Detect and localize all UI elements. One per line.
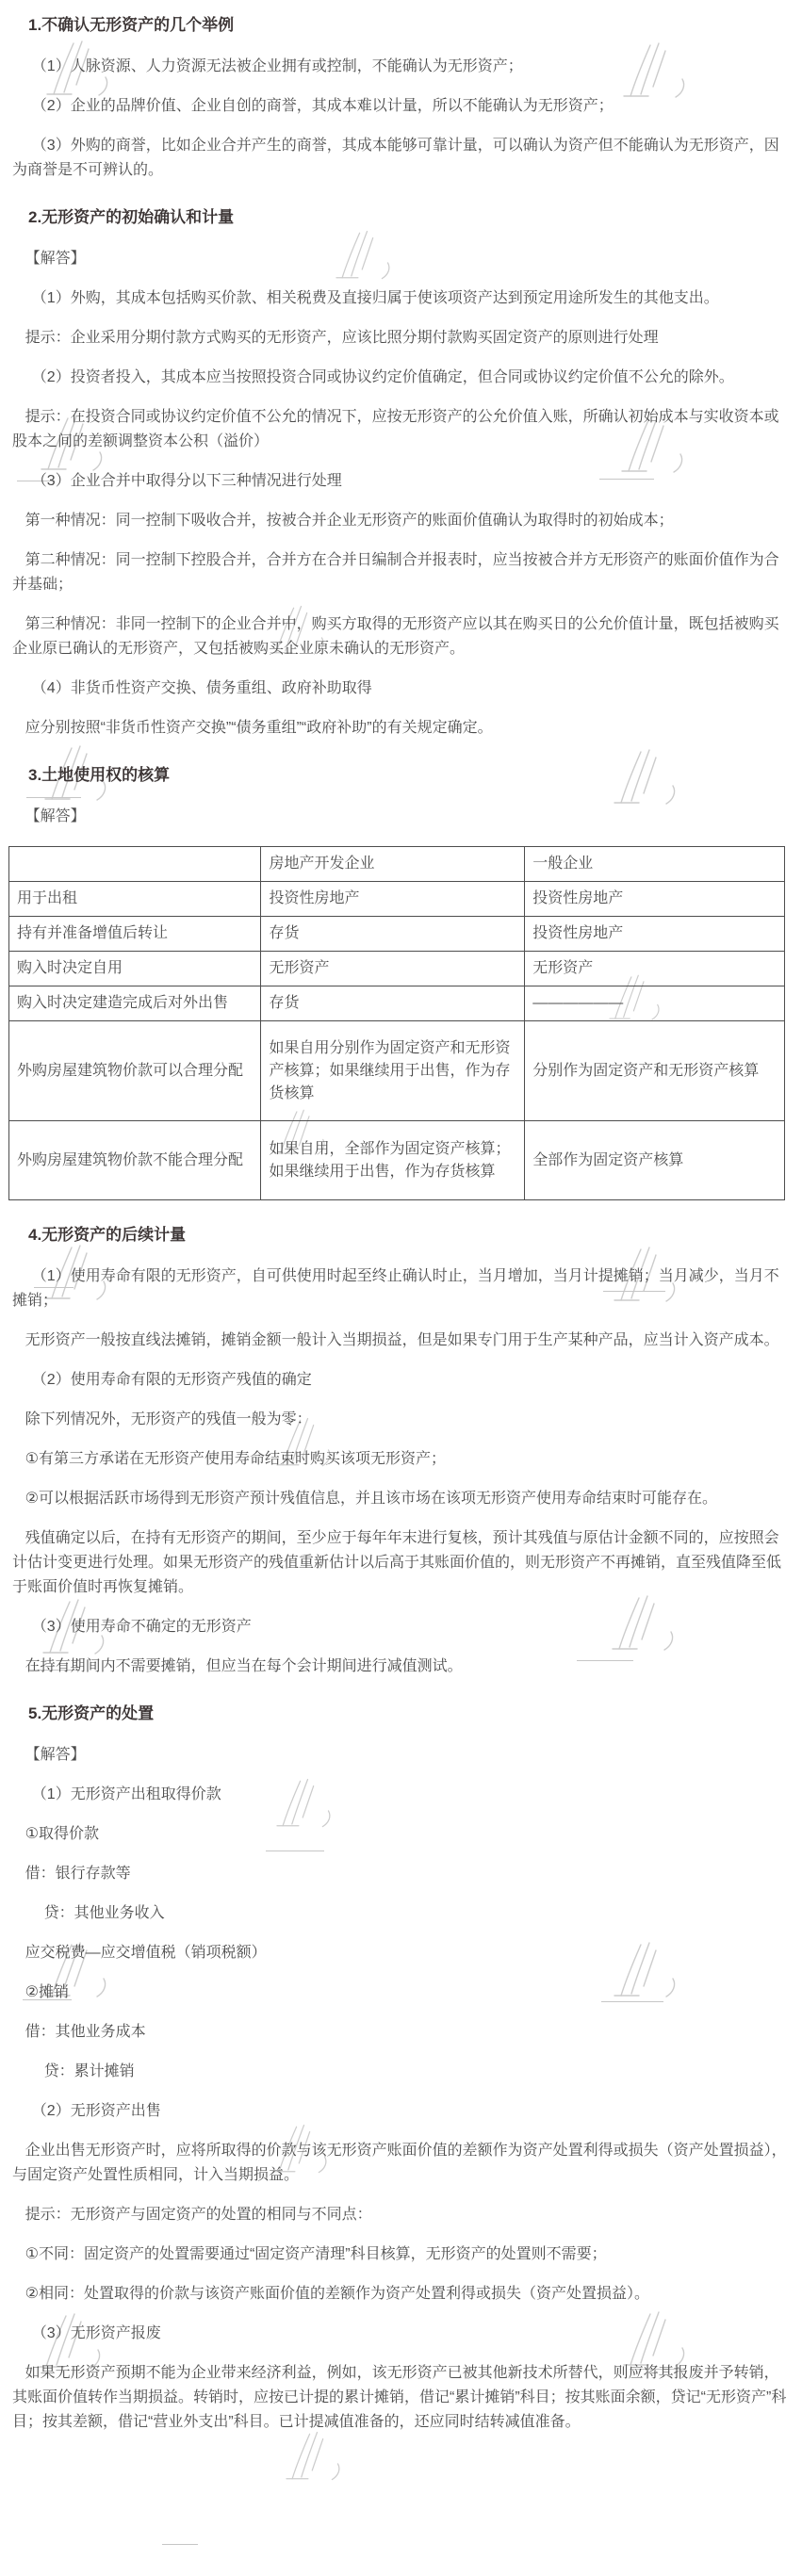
- section-heading: 5.无形资产的处置: [28, 1702, 789, 1726]
- table-cell: ——————: [525, 986, 785, 1021]
- paragraph: 第二种情况：同一控制下控股合并，合并方在合并日编制合并报表时，应当按被合并方无形…: [12, 548, 789, 597]
- table-cell: 如果自用分别作为固定资产和无形资产核算；如果继续用于出售，作为存货核算: [261, 1021, 525, 1121]
- journal-line: 应交税费—应交增值税（销项税额）: [12, 1941, 789, 1965]
- section-nonrecognition-examples: 1.不确认无形资产的几个举例 （1）人脉资源、人力资源无法被企业拥有或控制，不能…: [12, 13, 789, 183]
- pen-underline-mark: [162, 2544, 198, 2545]
- answer-label: 【解答】: [12, 247, 789, 271]
- paragraph: （1）使用寿命有限的无形资产，自可供使用时起至终止确认时止，当月增加，当月计提摊…: [12, 1264, 789, 1313]
- paragraph: （3）无形资产报废: [12, 2322, 789, 2346]
- table-cell: 外购房屋建筑物价款不能合理分配: [9, 1121, 261, 1200]
- tip-paragraph: 提示：企业采用分期付款方式购买的无形资产，应该比照分期付款购买固定资产的原则进行…: [12, 326, 789, 351]
- paragraph: 在持有期间内不需要摊销，但应当在每个会计期间进行减值测试。: [12, 1655, 789, 1679]
- paragraph: ②摊销: [12, 1981, 789, 2005]
- table-cell: 投资性房地产: [525, 917, 785, 952]
- paragraph: （1）无形资产出租取得价款: [12, 1783, 789, 1807]
- table-cell: 购入时决定建造完成后对外出售: [9, 986, 261, 1021]
- section-subsequent-measurement: 4.无形资产的后续计量 （1）使用寿命有限的无形资产，自可供使用时起至终止确认时…: [12, 1223, 789, 1679]
- tip-paragraph: 提示：在投资合同或协议约定价值不公允的情况下，应按无形资产的公允价值入账，所确认…: [12, 405, 789, 454]
- journal-credit-line: 贷：累计摊销: [12, 2060, 789, 2084]
- section-heading: 2.无形资产的初始确认和计量: [28, 205, 789, 230]
- land-use-rights-table: 房地产开发企业 一般企业 用于出租 投资性房地产 投资性房地产 持有并准备增值后…: [8, 846, 785, 1200]
- paragraph: （2）企业的品牌价值、企业自创的商誉，其成本难以计量，所以不能确认为无形资产；: [12, 94, 789, 119]
- table-cell: 如果自用，全部作为固定资产核算；如果继续用于出售，作为存货核算: [261, 1121, 525, 1200]
- section-disposal: 5.无形资产的处置 【解答】 （1）无形资产出租取得价款 ①取得价款 借：银行存…: [12, 1702, 789, 2435]
- paragraph: 无形资产一般按直线法摊销，摊销金额一般计入当期损益，但是如果专门用于生产某种产品…: [12, 1329, 789, 1353]
- paragraph: （2）使用寿命有限的无形资产残值的确定: [12, 1368, 789, 1393]
- table-cell: 无形资产: [261, 952, 525, 986]
- table-cell: 投资性房地产: [525, 882, 785, 917]
- paragraph: 第三种情况：非同一控制下的企业合并中，购买方取得的无形资产应以其在购买日的公允价…: [12, 612, 789, 661]
- paragraph: （3）外购的商誉，比如企业合并产生的商誉，其成本能够可靠计量，可以确认为资产但不…: [12, 134, 789, 183]
- paragraph: （1）人脉资源、人力资源无法被企业拥有或控制，不能确认为无形资产；: [12, 55, 789, 79]
- table-row: 外购房屋建筑物价款可以合理分配 如果自用分别作为固定资产和无形资产核算；如果继续…: [9, 1021, 785, 1121]
- paragraph: ②可以根据活跃市场得到无形资产预计残值信息，并且该市场在该项无形资产使用寿命结束…: [12, 1487, 789, 1511]
- tip-paragraph: 提示：无形资产与固定资产的处置的相同与不同点：: [12, 2203, 789, 2227]
- table-row: 外购房屋建筑物价款不能合理分配 如果自用，全部作为固定资产核算；如果继续用于出售…: [9, 1121, 785, 1200]
- table-cell: 存货: [261, 986, 525, 1021]
- table-cell: 购入时决定自用: [9, 952, 261, 986]
- table-header-cell: 房地产开发企业: [261, 847, 525, 882]
- section-heading: 1.不确认无形资产的几个举例: [28, 13, 789, 38]
- table-cell: 全部作为固定资产核算: [525, 1121, 785, 1200]
- paragraph: 残值确定以后，在持有无形资产的期间，至少应于每年年末进行复核，预计其残值与原估计…: [12, 1526, 789, 1600]
- table-row: 用于出租 投资性房地产 投资性房地产: [9, 882, 785, 917]
- journal-debit-line: 借：其他业务成本: [12, 2020, 789, 2045]
- section-heading: 4.无形资产的后续计量: [28, 1223, 789, 1247]
- table-row: 持有并准备增值后转让 存货 投资性房地产: [9, 917, 785, 952]
- table-cell: 存货: [261, 917, 525, 952]
- table-cell: 用于出租: [9, 882, 261, 917]
- table-header-row: 房地产开发企业 一般企业: [9, 847, 785, 882]
- paragraph: ①取得价款: [12, 1822, 789, 1847]
- document-body: 1.不确认无形资产的几个举例 （1）人脉资源、人力资源无法被企业拥有或控制，不能…: [0, 0, 802, 2506]
- paragraph: ②相同：处置取得的价款与该资产账面价值的差额作为资产处置利得或损失（资产处置损益…: [12, 2282, 789, 2307]
- table-header-cell: 一般企业: [525, 847, 785, 882]
- paragraph: 除下列情况外，无形资产的残值一般为零：: [12, 1408, 789, 1432]
- paragraph: （3）企业合并中取得分以下三种情况进行处理: [12, 469, 789, 494]
- paragraph: ①不同：固定资产的处置需要通过“固定资产清理”科目核算，无形资产的处置则不需要；: [12, 2242, 789, 2267]
- paragraph: 如果无形资产预期不能为企业带来经济利益，例如，该无形资产已被其他新技术所替代，则…: [12, 2361, 789, 2435]
- paragraph: 企业出售无形资产时，应将所取得的价款与该无形资产账面价值的差额作为资产处置利得或…: [12, 2139, 789, 2188]
- paragraph: 第一种情况：同一控制下吸收合并，按被合并企业无形资产的账面价值确认为取得时的初始…: [12, 509, 789, 533]
- table-cell: 投资性房地产: [261, 882, 525, 917]
- paragraph: （2）无形资产出售: [12, 2099, 789, 2124]
- paragraph: ①有第三方承诺在无形资产使用寿命结束时购买该项无形资产；: [12, 1447, 789, 1472]
- table-row: 购入时决定建造完成后对外出售 存货 ——————: [9, 986, 785, 1021]
- paragraph: （3）使用寿命不确定的无形资产: [12, 1615, 789, 1639]
- paragraph: 应分别按照“非货币性资产交换”“债务重组”“政府补助”的有关规定确定。: [12, 716, 789, 741]
- table-header-cell: [9, 847, 261, 882]
- section-land-use-rights: 3.土地使用权的核算 【解答】 房地产开发企业 一般企业 用于出租 投资性房地产…: [12, 763, 789, 1200]
- journal-debit-line: 借：银行存款等: [12, 1862, 789, 1886]
- table-cell: 分别作为固定资产和无形资产核算: [525, 1021, 785, 1121]
- section-heading: 3.土地使用权的核算: [28, 763, 789, 788]
- table-row: 购入时决定自用 无形资产 无形资产: [9, 952, 785, 986]
- table-cell: 持有并准备增值后转让: [9, 917, 261, 952]
- paragraph: （4）非货币性资产交换、债务重组、政府补助取得: [12, 677, 789, 701]
- section-initial-recognition-measurement: 2.无形资产的初始确认和计量 【解答】 （1）外购，其成本包括购买价款、相关税费…: [12, 205, 789, 741]
- table-cell: 外购房屋建筑物价款可以合理分配: [9, 1021, 261, 1121]
- paragraph: （1）外购，其成本包括购买价款、相关税费及直接归属于使该项资产达到预定用途所发生…: [12, 286, 789, 311]
- answer-label: 【解答】: [12, 1743, 789, 1768]
- paragraph: （2）投资者投入，其成本应当按照投资合同或协议约定价值确定，但合同或协议约定价值…: [12, 366, 789, 390]
- answer-label: 【解答】: [12, 805, 789, 829]
- journal-credit-line: 贷：其他业务收入: [12, 1901, 789, 1926]
- table-cell: 无形资产: [525, 952, 785, 986]
